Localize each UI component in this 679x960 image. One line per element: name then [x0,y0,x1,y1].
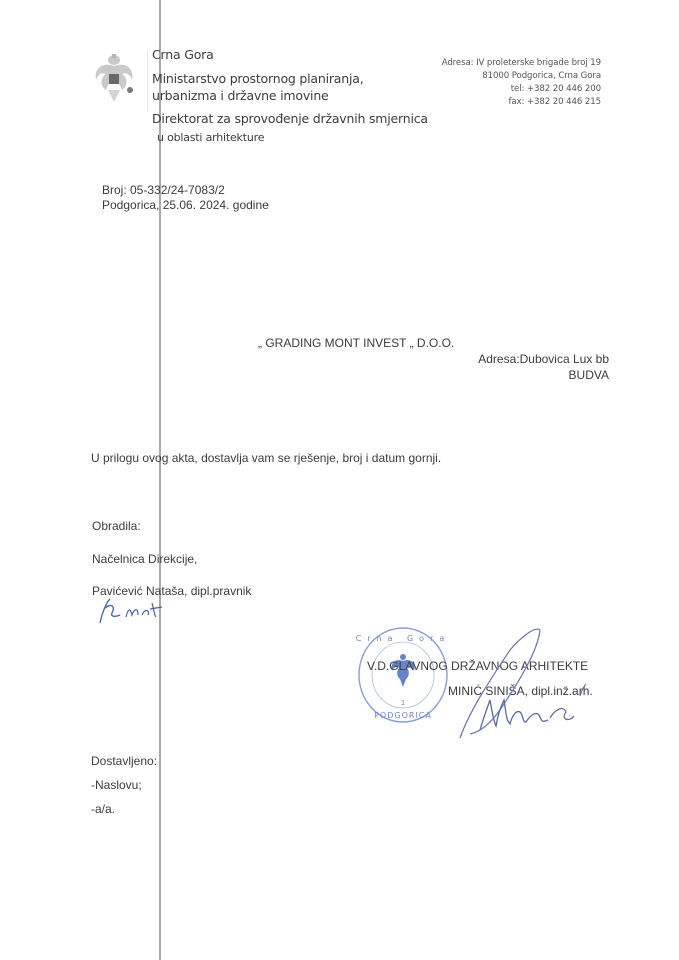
official-stamp: Crna Gora PODGORICA 1 [356,625,450,725]
initials-signature-icon [92,595,172,625]
reference-place-date: Podgorica, 25.06. 2024. godine [102,198,269,212]
montenegro-coat-of-arms-icon [92,52,136,108]
header-separator [147,50,148,112]
contact-fax: fax: +382 20 446 215 [442,96,601,109]
directorate-line-1: Direktorat za sprovođenje državnih smjer… [152,111,428,126]
contact-city: 81000 Podgorica, Crna Gora [442,70,601,83]
stamp-top-text: Crna Gora [356,634,450,643]
ministry-line-1: Ministarstvo prostornog planiranja, [152,71,364,86]
recipient-name: „ GRADING MONT INVEST „ D.O.O. [258,336,454,350]
distribution-item: -Naslovu; [91,778,142,792]
reference-number: Broj: 05-332/24-7083/2 [102,183,225,197]
prepared-by-title: Načelnica Direkcije, [92,552,197,566]
contact-block: Adresa: IV proleterske brigade broj 19 8… [442,57,601,109]
recipient-city: BUDVA [569,368,609,382]
distribution-label: Dostavljeno: [91,754,157,768]
prepared-by-label: Obradila: [92,519,141,533]
country-name: Crna Gora [152,47,214,62]
body-text: U prilogu ovog akta, dostavlja vam se rj… [91,451,441,465]
recipient-address: Adresa:Dubovica Lux bb [478,352,609,366]
contact-address: Adresa: IV proleterske brigade broj 19 [442,57,601,70]
distribution-item: -a/a. [91,802,115,816]
stamp-bottom-text: PODGORICA [374,711,432,720]
signatory-signature-icon [440,620,615,745]
directorate-line-2: u oblasti arhitekture [157,131,264,144]
scan-line [159,0,161,960]
svg-text:1: 1 [401,699,405,707]
ministry-line-2: urbanizma i državne imovine [152,88,329,103]
contact-tel: tel: +382 20 446 200 [442,83,601,96]
